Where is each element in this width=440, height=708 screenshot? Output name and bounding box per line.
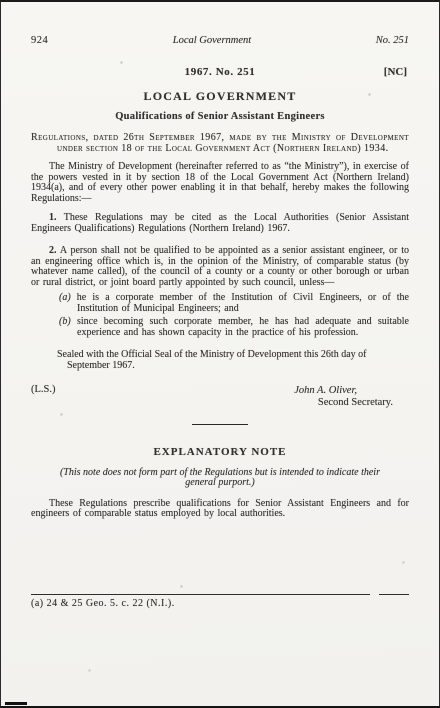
seal-abbreviation: (L.S.) xyxy=(31,385,56,396)
scan-corner-artifact xyxy=(5,702,27,705)
running-head-number: No. 251 xyxy=(376,36,409,47)
clause-a-label: (a) xyxy=(59,292,71,303)
signature-block: (L.S.) John A. Oliver, Second Secretary. xyxy=(31,385,409,409)
clause-b: (b) since becoming such corporate member… xyxy=(59,317,409,338)
regulation-2: 2. A person shall not be qualified to be… xyxy=(31,246,409,288)
clause-a-text: he is a corporate member of the Institut… xyxy=(71,292,409,314)
intro-paragraph: The Ministry of Development (hereinafter… xyxy=(31,162,409,204)
regulation-1-text: These Regulations may be cited as the Lo… xyxy=(31,212,409,234)
running-head-title: Local Government xyxy=(173,36,251,47)
document-number-line: 1967. No. 251 [NC] xyxy=(31,67,409,78)
preamble-smallcaps: Regulations, dated 26th September 1967, … xyxy=(31,133,409,154)
sealing-clause: Sealed with the Official Seal of the Min… xyxy=(31,350,409,371)
clause-b-text: since becoming such corporate member, he… xyxy=(71,316,409,338)
signatory: John A. Oliver, Second Secretary. xyxy=(294,385,409,409)
document-subheading: Qualifications of Senior Assistant Engin… xyxy=(31,112,409,123)
regulation-1-number: 1. xyxy=(49,212,57,223)
scan-noise-specks xyxy=(1,2,2,3)
scanned-document-page: 924 Local Government No. 251 1967. No. 2… xyxy=(0,0,440,708)
regulation-2-number: 2. xyxy=(49,245,57,256)
clause-b-label: (b) xyxy=(59,316,71,327)
clause-a: (a) he is a corporate member of the Inst… xyxy=(59,293,409,314)
document-heading: LOCAL GOVERNMENT xyxy=(31,91,409,102)
footnote-citation: (a) 24 & 25 Geo. 5. c. 22 (N.I.). xyxy=(31,599,409,610)
section-divider-rule xyxy=(192,424,248,425)
running-head-page-number: 924 xyxy=(31,36,48,47)
signatory-title: Second Secretary. xyxy=(294,397,393,409)
explanatory-note-heading: EXPLANATORY NOTE xyxy=(31,447,409,458)
regulation-1: 1. These Regulations may be cited as the… xyxy=(31,213,409,234)
footnote-rule-long-segment xyxy=(31,594,370,595)
page-content: 924 Local Government No. 251 1967. No. 2… xyxy=(1,36,439,609)
running-head: 924 Local Government No. 251 xyxy=(31,36,409,47)
bracket-code: [NC] xyxy=(384,67,407,78)
explanatory-note-parenthetical: (This note does not form part of the Reg… xyxy=(55,468,385,489)
signatory-name: John A. Oliver, xyxy=(294,385,357,397)
footnote-rule xyxy=(31,594,409,595)
footnote-rule-short-segment xyxy=(379,594,409,595)
regulation-2-text: A person shall not be qualified to be ap… xyxy=(31,245,409,288)
document-year-number: 1967. No. 251 xyxy=(185,66,256,78)
explanatory-note-body: These Regulations prescribe qualificatio… xyxy=(31,499,409,520)
